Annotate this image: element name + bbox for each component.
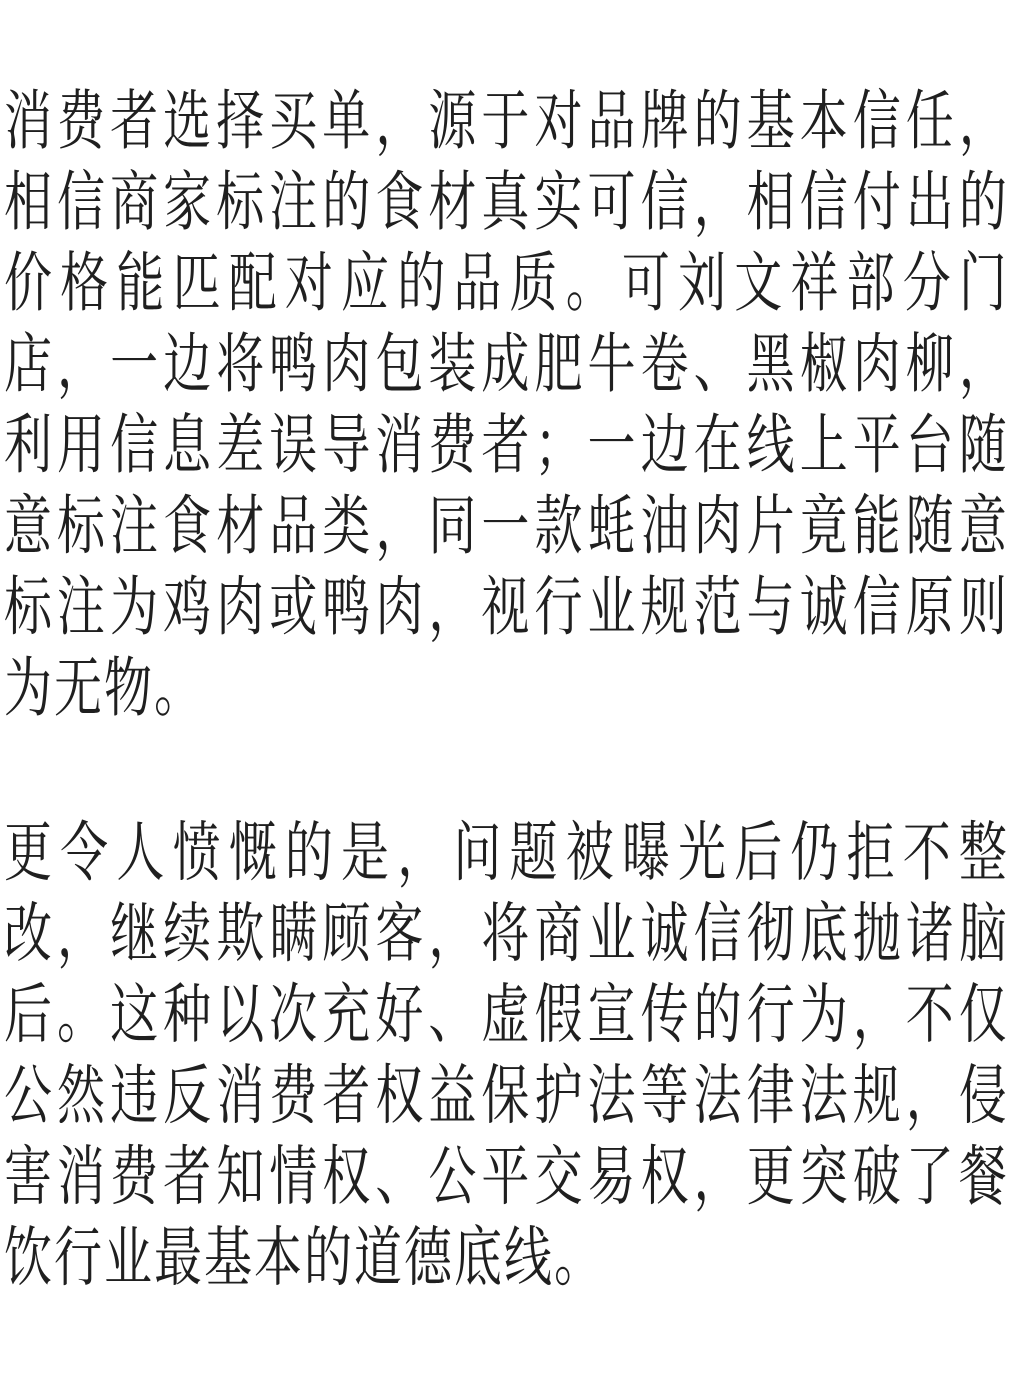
text-line: 后。这种以次充好、虚假宣传的行为，不仅 [4,976,1007,1057]
text-line: 更令人愤慨的是，问题被曝光后仍拒不整 [4,814,1007,895]
paragraph: 更令人愤慨的是，问题被曝光后仍拒不整改，继续欺瞒顾客，将商业诚信彻底抛诸脑后。这… [4,814,1007,1300]
text-line: 饮行业最基本的道德底线。 [4,1219,1007,1300]
text-line: 价格能匹配对应的品质。可刘文祥部分门 [4,244,1007,325]
article-page: 消费者选择买单，源于对品牌的基本信任，相信商家标注的食材真实可信，相信付出的价格… [0,0,1011,1375]
paragraph: 消费者选择买单，源于对品牌的基本信任，相信商家标注的食材真实可信，相信付出的价格… [4,82,1007,730]
article-body: 消费者选择买单，源于对品牌的基本信任，相信商家标注的食材真实可信，相信付出的价格… [4,82,1007,1300]
text-line: 为无物。 [4,649,1007,730]
text-line: 公然违反消费者权益保护法等法律法规，侵 [4,1057,1007,1138]
text-line: 意标注食材品类，同一款蚝油肉片竟能随意 [4,487,1007,568]
text-line: 消费者选择买单，源于对品牌的基本信任， [4,82,1007,163]
text-line: 害消费者知情权、公平交易权，更突破了餐 [4,1138,1007,1219]
text-line: 相信商家标注的食材真实可信，相信付出的 [4,163,1007,244]
text-line: 改，继续欺瞒顾客，将商业诚信彻底抛诸脑 [4,895,1007,976]
text-line: 标注为鸡肉或鸭肉，视行业规范与诚信原则 [4,568,1007,649]
text-line: 利用信息差误导消费者；一边在线上平台随 [4,406,1007,487]
text-line: 店，一边将鸭肉包装成肥牛卷、黑椒肉柳， [4,325,1007,406]
